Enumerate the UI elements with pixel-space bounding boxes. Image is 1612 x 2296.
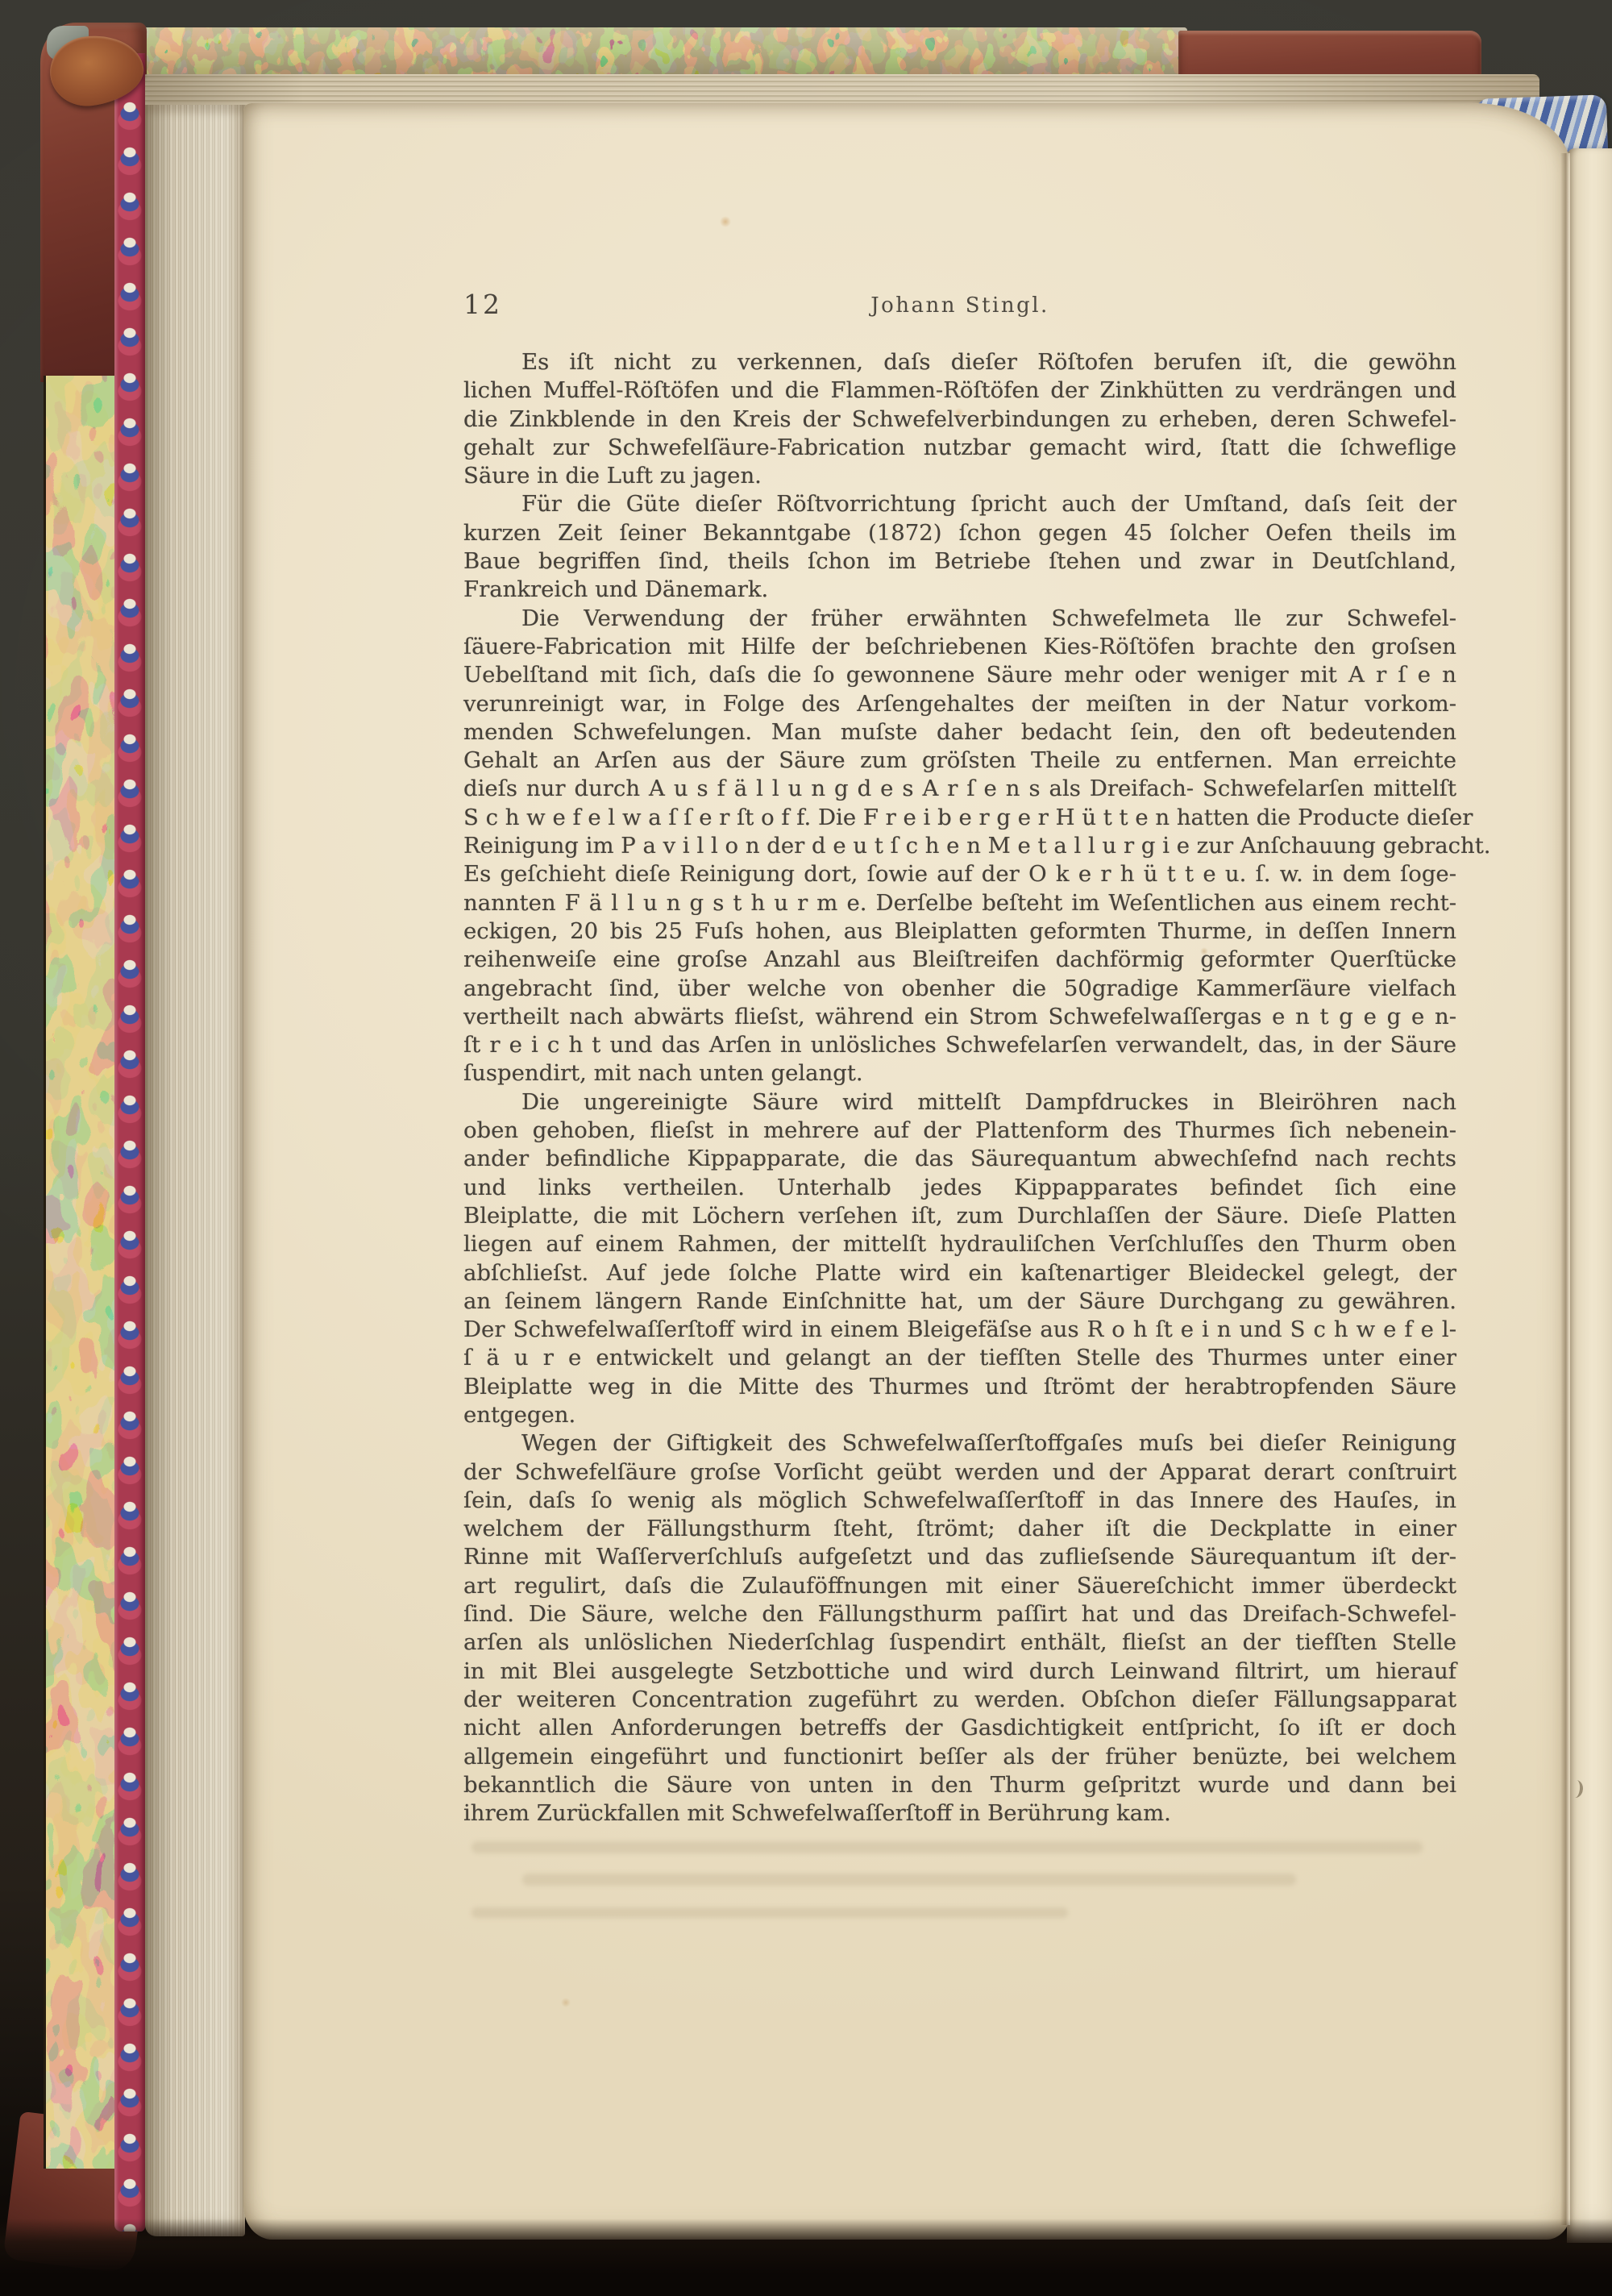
text-line: Rinne mit Waſſerverſchluſs aufgeſetzt un… — [463, 1543, 1456, 1571]
text-line: nannten F ä l l u n g s t h u r m e. Der… — [463, 889, 1456, 917]
running-header: Johann Stingl. — [463, 293, 1456, 318]
text-line: Der Schwefelwaſſerſtoff wird in einem Bl… — [463, 1316, 1456, 1344]
text-line: Baue begriffen ſind, theils ſchon im Bet… — [463, 547, 1456, 576]
text-line: und links vertheilen. Unterhalb jedes Ki… — [463, 1174, 1456, 1202]
text-line: Bleiplatte weg in die Mitte des Thurmes … — [463, 1373, 1456, 1401]
text-line: art regulirt, daſs die Zulauföffnungen m… — [463, 1572, 1456, 1600]
text-line: allgemein eingeführt und functionirt beſ… — [463, 1743, 1456, 1771]
text-line: oben gehoben, flieſst in mehrere auf der… — [463, 1117, 1456, 1145]
gutter-crease — [1560, 153, 1570, 2225]
text-line: Die ungereinigte Säure wird mittelſt Dam… — [463, 1088, 1456, 1117]
text-line: dieſs nur durch A u s f ä l l u n g d e … — [463, 775, 1456, 803]
show-through-smudge — [472, 1841, 1423, 1853]
text-line: Für die Güte dieſer Röſtvorrichtung ſpri… — [463, 490, 1456, 518]
text-line: ſuspendirt, mit nach unten gelangt. — [463, 1059, 1456, 1088]
text-line: bekanntlich die Säure von unten in den T… — [463, 1771, 1456, 1799]
gutter-page-sliver — [1567, 148, 1612, 2243]
running-head-row: 12 Johann Stingl. — [463, 284, 1456, 321]
text-line: Gehalt an Arſen aus der Säure zum gröſst… — [463, 747, 1456, 775]
text-line: entgegen. — [463, 1401, 1456, 1429]
bottom-shadow — [0, 2219, 1612, 2296]
text-line: ander befindliche Kippapparate, die das … — [463, 1145, 1456, 1173]
text-line: ſein, daſs ſo wenig als möglich Schwefel… — [463, 1487, 1456, 1515]
text-line: ſ ä u r e entwickelt und gelangt an der … — [463, 1344, 1456, 1372]
text-line: Bleiplatte, die mit Löchern verſehen iſt… — [463, 1202, 1456, 1230]
text-line: Die Verwendung der früher erwähnten Schw… — [463, 605, 1456, 633]
text-line: abſchlieſst. Auf jede ſolche Platte wird… — [463, 1259, 1456, 1287]
text-line: reihenweiſe eine groſse Anzahl aus Bleiſ… — [463, 946, 1456, 974]
text-line: in mit Blei ausgelegte Setzbottiche und … — [463, 1658, 1456, 1686]
text-line: arſen als unlöslichen Niederſchlag ſuspe… — [463, 1628, 1456, 1657]
scanned-book-photo: 12 Johann Stingl. Es iſt nicht zu verken… — [0, 0, 1612, 2296]
text-line: lichen Muffel-Röſtöfen und die Flammen-R… — [463, 376, 1456, 405]
text-line: welchem der Fällungsthurm ſteht, ſtrömt;… — [463, 1515, 1456, 1543]
text-line: S c h w e f e l w a ſ ſ e r ſt o f f. Di… — [463, 804, 1456, 832]
text-line: ſind. Die Säure, welche den Fällungsthur… — [463, 1600, 1456, 1628]
text-line: angebracht ſind, über welche von obenher… — [463, 975, 1456, 1003]
text-line: die Zinkblende in den Kreis der Schwefel… — [463, 406, 1456, 434]
text-line: menden Schwefelungen. Man muſste daher b… — [463, 718, 1456, 747]
text-line: Frankreich und Dänemark. — [463, 576, 1456, 604]
book-page: 12 Johann Stingl. Es iſt nicht zu verken… — [243, 103, 1570, 2240]
text-line: eckigen, 20 bis 25 Fuſs hohen, aus Bleip… — [463, 917, 1456, 946]
text-line: Reinigung im P a v i l l o n der d e u t… — [463, 832, 1456, 860]
body-text: Es iſt nicht zu verkennen, daſs dieſer R… — [463, 348, 1456, 1828]
text-line: gehalt zur Schwefelſäure-Fabrication nut… — [463, 434, 1456, 462]
text-line: verunreinigt war, in Folge des Arſengeha… — [463, 690, 1456, 718]
text-line: Es iſt nicht zu verkennen, daſs dieſer R… — [463, 348, 1456, 376]
show-through-smudge — [522, 1874, 1296, 1886]
text-line: vertheilt nach abwärts flieſst, während … — [463, 1003, 1456, 1031]
text-line: der Schwefelſäure groſse Vorſicht geübt … — [463, 1458, 1456, 1487]
text-line: ſt r e i c h t und das Arſen in unlöslic… — [463, 1031, 1456, 1059]
text-line: der weiteren Concentration zugeführt zu … — [463, 1686, 1456, 1714]
text-line: ihrem Zurückfallen mit Schwefelwaſſerſto… — [463, 1799, 1456, 1828]
text-line: Es geſchieht dieſe Reinigung dort, ſowie… — [463, 860, 1456, 888]
text-line: an ſeinem längern Rande Einſchnitte hat,… — [463, 1287, 1456, 1316]
text-line: Uebelſtand mit ſich, daſs die ſo gewonne… — [463, 661, 1456, 689]
text-line: ſäuere-Fabrication mit Hilfe der beſchri… — [463, 633, 1456, 661]
show-through-smudge — [472, 1907, 1068, 1918]
text-line: liegen auf einem Rahmen, der mittelſt hy… — [463, 1230, 1456, 1258]
text-line: Säure in die Luft zu jagen. — [463, 462, 1456, 490]
page-stack-left-edge — [145, 105, 245, 2236]
text-line: nicht allen Anforderungen betreffs der G… — [463, 1714, 1456, 1742]
text-line: kurzen Zeit ſeiner Bekanntgabe (1872) ſc… — [463, 519, 1456, 547]
text-line: Wegen der Giftigkeit des Schwefelwaſſerſ… — [463, 1429, 1456, 1458]
comb-marbled-endpaper-edge — [114, 53, 145, 2232]
